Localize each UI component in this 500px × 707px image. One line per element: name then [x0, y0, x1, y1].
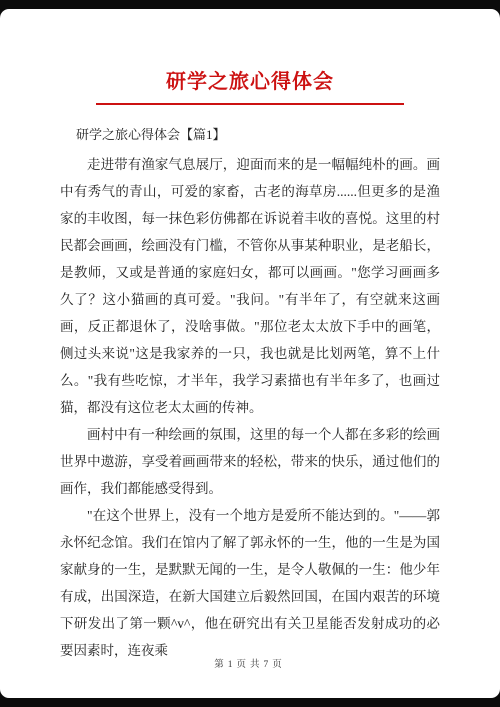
document-body: 走进带有渔家气息展厅，迎面而来的是一幅幅纯朴的画。画中有秀气的青山，可爱的家畜，… [60, 151, 440, 664]
section-heading: 研学之旅心得体会【篇1】 [76, 126, 500, 143]
page-title: 研学之旅心得体会 [0, 69, 500, 95]
paragraph: "在这个世界上，没有一个地方是爱所不能达到的。"——郭永怀纪念馆。我们在馆内了解… [60, 502, 440, 664]
paragraph: 画村中有一种绘画的氛围，这里的每一个人都在多彩的绘画世界中遨游，享受着画画带来的… [60, 421, 440, 502]
paragraph: 走进带有渔家气息展厅，迎面而来的是一幅幅纯朴的画。画中有秀气的青山，可爱的家畜，… [60, 151, 440, 421]
title-underline-rule [96, 103, 404, 105]
document-page: 研学之旅心得体会 研学之旅心得体会【篇1】 走进带有渔家气息展厅，迎面而来的是一… [0, 9, 500, 698]
page-number: 第1页共7页 [0, 656, 500, 670]
